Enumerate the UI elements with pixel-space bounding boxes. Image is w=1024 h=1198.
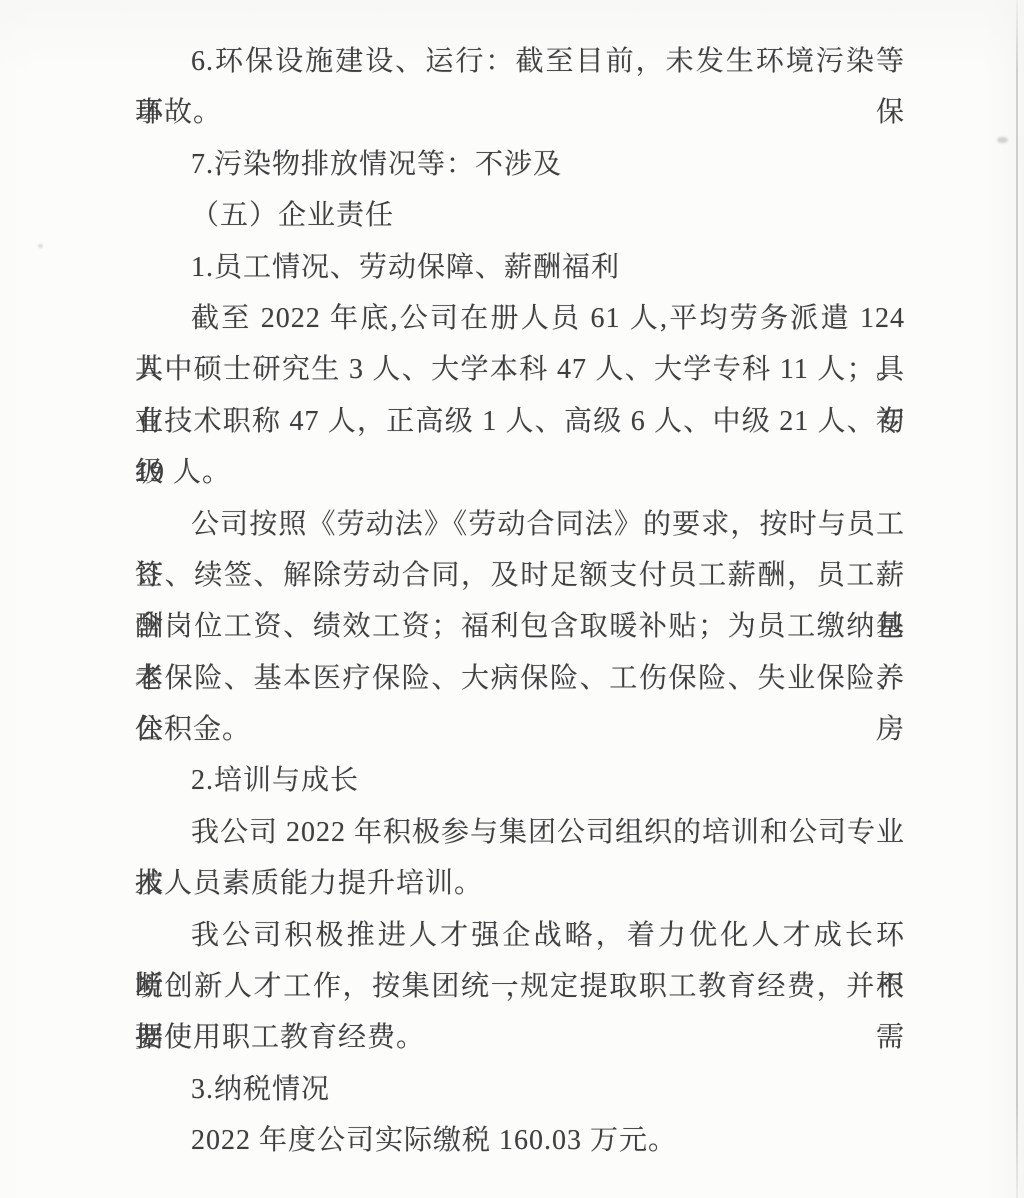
text-line: 7.污染物排放情况等：不涉及: [135, 139, 905, 190]
text-line: 我公司 2022 年积极参与集团公司组织的培训和公司专业技: [135, 807, 905, 858]
text-line: 断创新人才工作，按集团统一规定提取职工教育经费，并根据需: [135, 961, 905, 1012]
text-line: 术人员素质能力提升培训。: [135, 858, 905, 909]
scanner-edge-line: [1016, 0, 1018, 1198]
scan-smudge: [38, 244, 43, 248]
document-text-block: 6.环保设施建设、运行：截至目前，未发生环境污染等环保 事故。 7.污染物排放情…: [135, 36, 905, 1167]
text-line: 截至 2022 年底,公司在册人员 61 人,平均劳务派遣 124 人。: [135, 293, 905, 344]
text-line: 19 人。: [135, 447, 905, 498]
text-line: 3.纳税情况: [135, 1064, 905, 1115]
text-line: 我公司积极推进人才强企战略，着力优化人才成长环境，不: [135, 910, 905, 961]
scan-smudge: [997, 137, 1008, 143]
text-line: 老保险、基本医疗保险、大病保险、工伤保险、失业保险、住房: [135, 653, 905, 704]
text-line: 6.环保设施建设、运行：截至目前，未发生环境污染等环保: [135, 36, 905, 87]
text-line: 其中硕士研究生 3 人、大学本科 47 人、大学专科 11 人；具有专: [135, 344, 905, 395]
text-line: 1.员工情况、劳动保障、薪酬福利: [135, 242, 905, 293]
text-line: 2.培训与成长: [135, 755, 905, 806]
text-line: 业技术职称 47 人，正高级 1 人、高级 6 人、中级 21 人、初级: [135, 396, 905, 447]
text-line: 公司按照《劳动法》《劳动合同法》的要求，按时与员工签: [135, 499, 905, 550]
scanned-page: 6.环保设施建设、运行：截至目前，未发生环境污染等环保 事故。 7.污染物排放情…: [0, 0, 1024, 1198]
text-line: 含岗位工资、绩效工资；福利包含取暖补贴；为员工缴纳基本养: [135, 601, 905, 652]
text-line: （五）企业责任: [135, 190, 905, 241]
text-line: 订、续签、解除劳动合同，及时足额支付员工薪酬，员工薪酬包: [135, 550, 905, 601]
text-line: 2022 年度公司实际缴税 160.03 万元。: [135, 1115, 905, 1166]
